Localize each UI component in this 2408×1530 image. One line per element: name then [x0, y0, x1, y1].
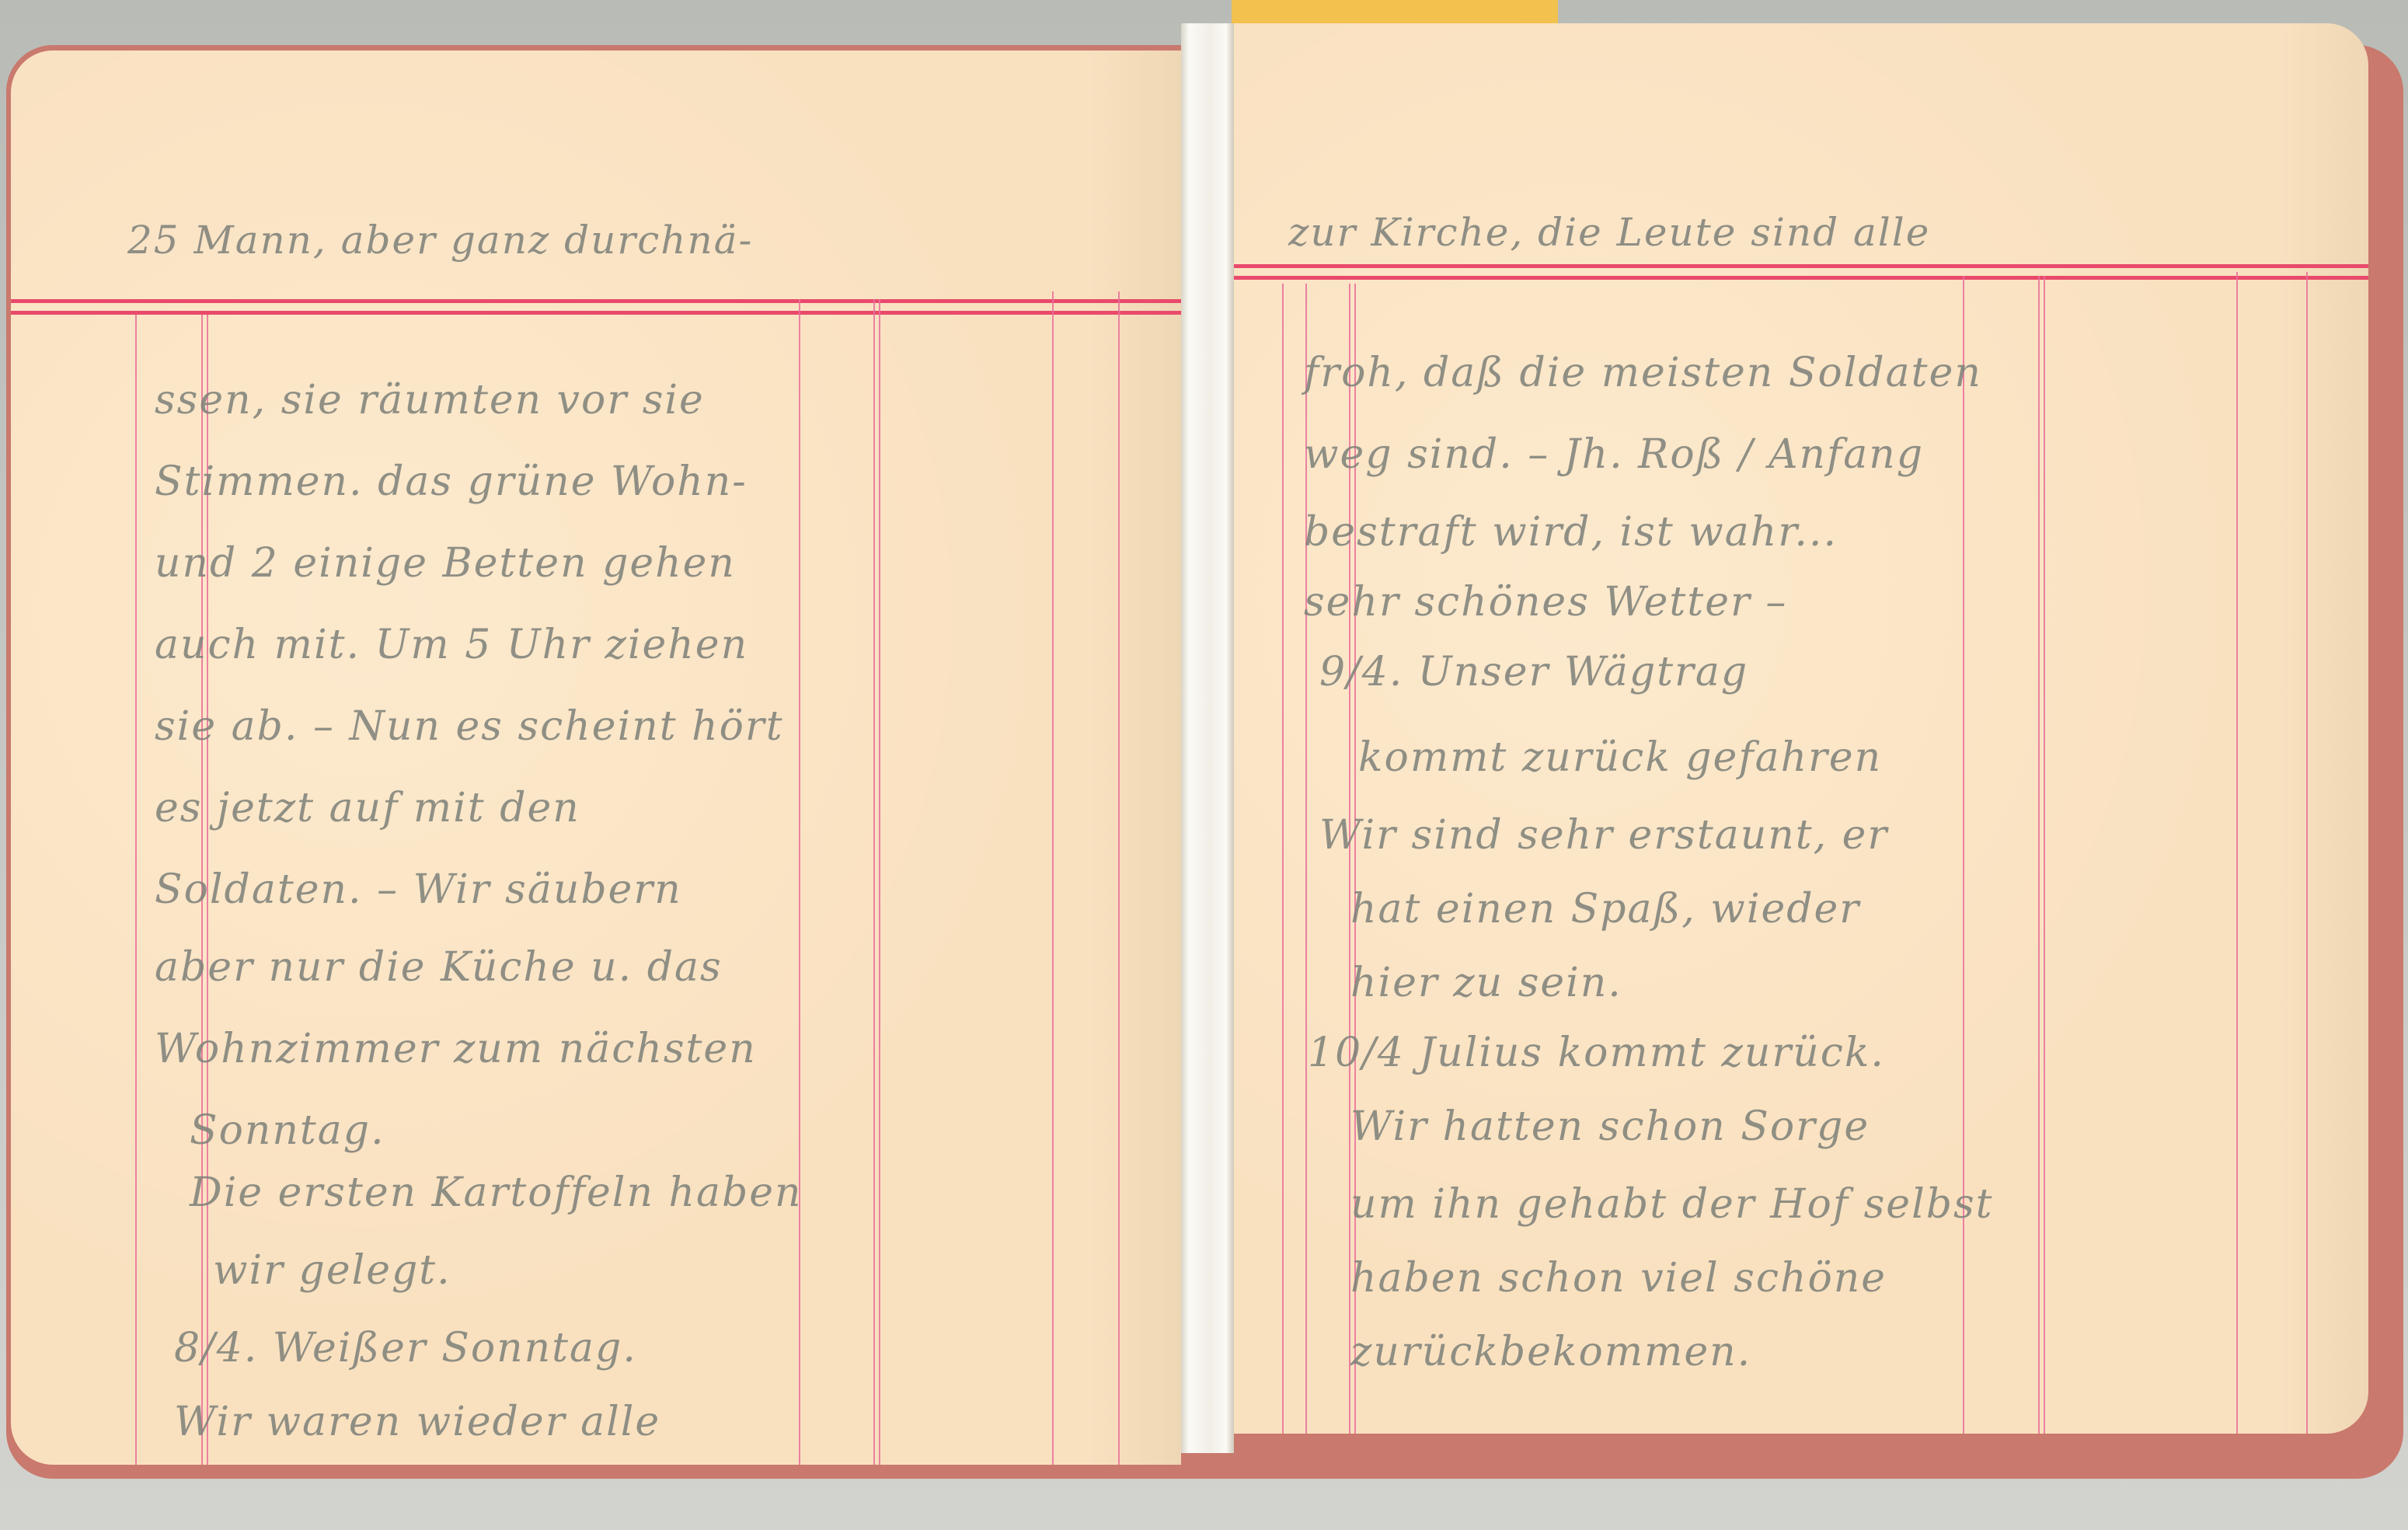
diary-line: wir gelegt.	[213, 1247, 451, 1294]
diary-header-line: 25 Mann, aber ganz durchnä-	[127, 218, 753, 263]
column-line	[1282, 284, 1284, 1434]
diary-line: hat einen Spaß, wieder	[1350, 886, 1860, 932]
diary-line: ssen, sie räumten vor sie	[155, 377, 705, 423]
diary-line: sehr schönes Wetter –	[1304, 579, 1787, 626]
diary-line: auch mit. Um 5 Uhr ziehen	[155, 622, 748, 668]
diary-line: kommt zurück gefahren	[1358, 734, 1882, 781]
column-line	[1118, 291, 1120, 1465]
diary-line: aber nur die Küche u. das	[155, 944, 723, 991]
column-line	[1963, 276, 1964, 1434]
diary-line: zurückbekommen.	[1350, 1329, 1751, 1375]
book-spine	[1181, 23, 1234, 1453]
diary-line: und 2 einige Betten gehen	[155, 540, 736, 587]
column-line	[799, 299, 800, 1465]
right-page: zur Kirche, die Leute sind alle froh, da…	[1234, 23, 2368, 1434]
column-line	[1052, 291, 1054, 1465]
diary-line: bestraft wird, ist wahr...	[1304, 509, 1838, 556]
diary-line: Stimmen. das grüne Wohn-	[155, 458, 747, 505]
margin-line-top	[11, 299, 1181, 303]
diary-line: Wir hatten schon Sorge	[1350, 1103, 1870, 1150]
diary-line: Wohnzimmer zum nächsten	[155, 1026, 757, 1072]
margin-line-top	[1234, 264, 2368, 268]
column-line	[2044, 276, 2045, 1434]
column-line	[135, 315, 137, 1465]
diary-header-line: zur Kirche, die Leute sind alle	[1288, 210, 1930, 255]
column-line	[873, 299, 875, 1465]
diary-line: Die ersten Kartoffeln haben	[190, 1169, 803, 1216]
diary-line: sie ab. – Nun es scheint hört	[155, 703, 784, 750]
diary-line: hier zu sein.	[1350, 960, 1622, 1006]
column-line	[2038, 276, 2040, 1434]
diary-line: froh, daß die meisten Soldaten	[1304, 350, 1982, 396]
diary-line: Soldaten. – Wir säubern	[155, 866, 682, 913]
diary-line: haben schon viel schöne	[1350, 1255, 1887, 1302]
diary-line: Sonntag.	[190, 1107, 385, 1154]
column-line	[879, 299, 880, 1465]
margin-line-top-2	[1234, 276, 2368, 280]
diary-date-entry: 10/4 Julius kommt zurück.	[1308, 1030, 1885, 1076]
left-page: 25 Mann, aber ganz durchnä- ssen, sie rä…	[11, 51, 1181, 1465]
column-line	[2306, 272, 2308, 1434]
diary-line: es jetzt auf mit den	[155, 785, 580, 831]
diary-line: Wir sind sehr erstaunt, er	[1319, 812, 1888, 859]
diary-date-entry: 8/4. Weißer Sonntag.	[174, 1325, 637, 1371]
diary-date-entry: 9/4. Unser Wägtrag	[1319, 649, 1748, 695]
diary-line: weg sind. – Jh. Roß / Anfang	[1304, 431, 1924, 478]
column-line	[2236, 272, 2238, 1434]
diary-line: um ihn gehabt der Hof selbst	[1350, 1181, 1994, 1228]
diary-line: Wir waren wieder alle	[174, 1399, 660, 1445]
margin-line-top-2	[11, 311, 1181, 315]
